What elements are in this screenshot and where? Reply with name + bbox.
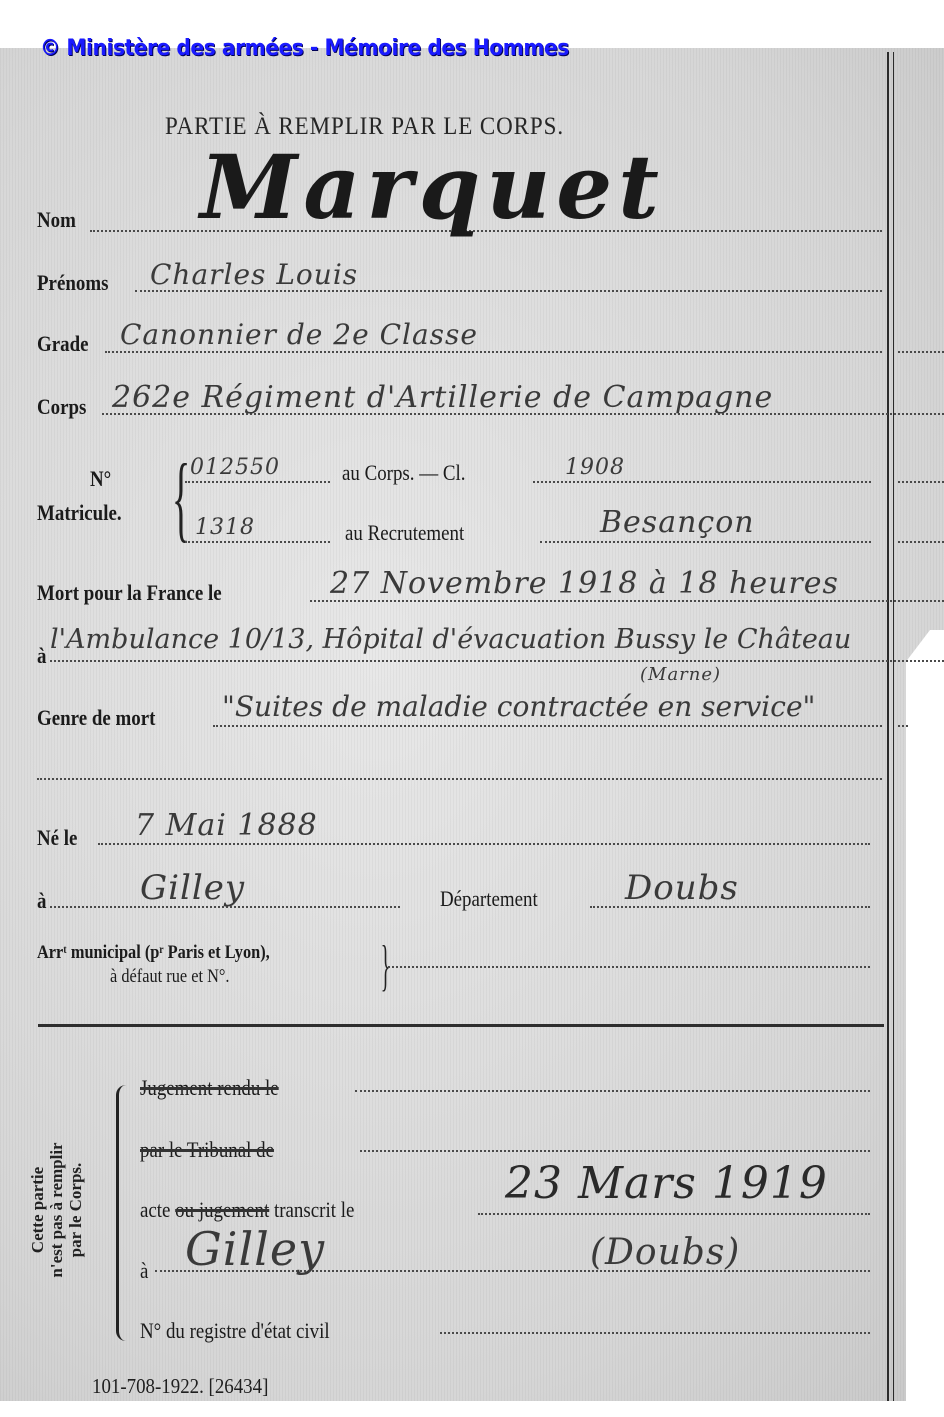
grade-label: Grade xyxy=(37,331,89,357)
au-corps-label: au Corps. — Cl. xyxy=(342,460,466,486)
acte-date-value: 23 Mars 1919 xyxy=(505,1158,828,1209)
departement-label: Département xyxy=(440,886,538,912)
blank-line xyxy=(37,778,882,780)
ne-le-line xyxy=(98,843,870,845)
ne-le-value: 7 Mai 1888 xyxy=(135,808,318,843)
margin-line-right xyxy=(893,52,894,1401)
genre-mort-value: "Suites de maladie contractée en service… xyxy=(222,690,815,723)
registre-line xyxy=(440,1332,870,1334)
matricule-label: Matricule. xyxy=(37,500,122,526)
page-edge-cutout xyxy=(906,630,944,1417)
grade-line xyxy=(105,351,882,353)
tribunal-label: par le Tribunal de xyxy=(140,1137,274,1163)
margin-line-left xyxy=(887,52,889,1401)
jugement-label: Jugement rendu le xyxy=(140,1075,279,1101)
page-bottom-margin xyxy=(0,1401,944,1417)
recrutement-place-value: Besançon xyxy=(600,505,755,540)
lieu-mort-label: à xyxy=(37,643,46,669)
side-note-line-2: n'est pas à remplir xyxy=(47,1090,66,1330)
corps-label: Corps xyxy=(37,394,86,420)
genre-mort-line-margin xyxy=(898,725,908,727)
departement-value: Doubs xyxy=(625,868,739,908)
acte-suffix: transcrit le xyxy=(269,1197,354,1222)
corps-value: 262e Régiment d'Artillerie de Campagne xyxy=(112,380,773,415)
mort-label: Mort pour la France le xyxy=(37,580,222,606)
classe-value: 1908 xyxy=(565,455,625,480)
genre-mort-annotation: (Marne) xyxy=(640,664,721,685)
section-divider xyxy=(38,1024,884,1027)
matricule-corps-line xyxy=(185,481,330,483)
matricule-recrutement-value: 1318 xyxy=(195,515,255,540)
registre-label: N° du registre d'état civil xyxy=(140,1318,330,1344)
au-recrutement-label: au Recrutement xyxy=(345,520,464,546)
transcription-brace xyxy=(116,1085,127,1341)
genre-mort-line xyxy=(213,725,882,727)
side-note: Cette partie n'est pas à remplir par le … xyxy=(28,1090,85,1330)
jugement-line xyxy=(355,1090,870,1092)
matricule-recrutement-line xyxy=(185,541,330,543)
acte-struck: ou jugement xyxy=(175,1197,269,1222)
lieu-mort-value: l'Ambulance 10/13, Hôpital d'évacuation … xyxy=(50,624,851,655)
side-note-line-3: par le Corps. xyxy=(66,1090,85,1330)
side-note-line-1: Cette partie xyxy=(28,1090,47,1330)
lieu-naissance-value: Gilley xyxy=(140,868,245,908)
matricule-label-no: N° xyxy=(90,466,111,492)
grade-value: Canonnier de 2e Classe xyxy=(120,318,478,351)
tribunal-line xyxy=(360,1150,870,1152)
recrutement-line-margin xyxy=(898,541,944,543)
mort-value: 27 Novembre 1918 à 18 heures xyxy=(330,566,839,601)
transcription-lieu-label: à xyxy=(140,1258,148,1284)
prenoms-label: Prénoms xyxy=(37,270,108,296)
acte-prefix: acte xyxy=(140,1197,175,1222)
nom-value: Marquet xyxy=(200,135,665,239)
grade-line-margin xyxy=(898,351,944,353)
genre-mort-label: Genre de mort xyxy=(37,705,155,731)
acte-label: acte ou jugement transcrit le xyxy=(140,1197,354,1223)
form-reference-footer: 101-708-1922. [26434] xyxy=(92,1374,268,1399)
arrondissement-label-1: Arrᵗ municipal (pʳ Paris et Lyon), xyxy=(37,942,270,964)
classe-line xyxy=(533,481,871,483)
matricule-corps-value: 012550 xyxy=(190,455,280,480)
classe-line-margin xyxy=(898,481,944,483)
matricule-brace: { xyxy=(172,450,190,546)
nom-label: Nom xyxy=(37,207,76,233)
prenoms-value: Charles Louis xyxy=(150,258,358,291)
recrutement-line xyxy=(540,541,871,543)
arrondissement-label-2: à défaut rue et N°. xyxy=(110,966,229,988)
transcription-lieu-value: Gilley xyxy=(185,1222,325,1276)
ne-le-label: Né le xyxy=(37,825,77,851)
arrondissement-line xyxy=(388,966,870,968)
copyright-watermark: © Ministère des armées - Mémoire des Hom… xyxy=(40,36,569,61)
lieu-mort-line xyxy=(50,660,944,662)
lieu-naissance-label: à xyxy=(37,888,46,914)
acte-line xyxy=(478,1213,870,1215)
transcription-dept-value: (Doubs) xyxy=(590,1232,740,1273)
